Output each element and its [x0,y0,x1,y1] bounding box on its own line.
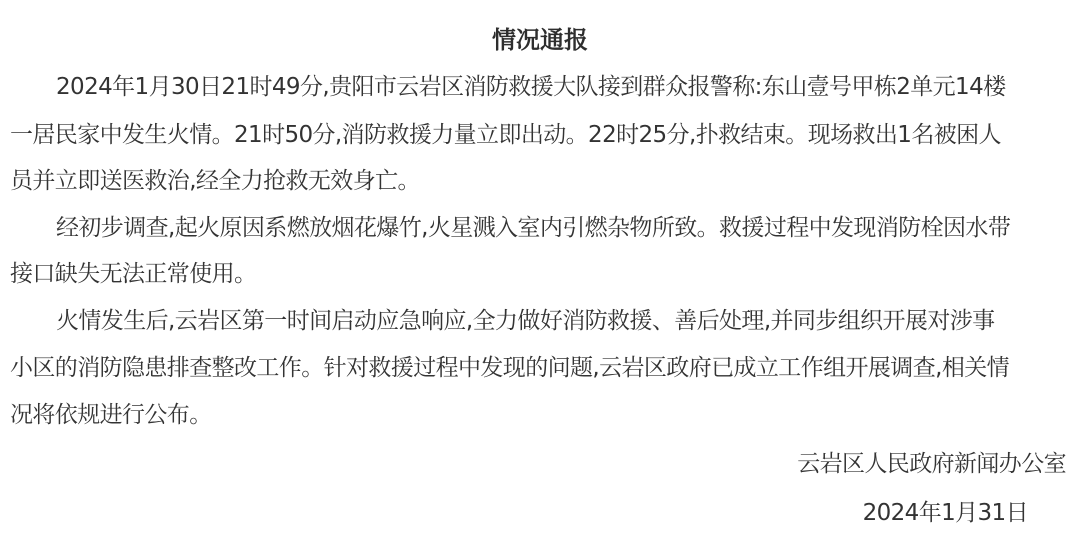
paragraph-line: 一居民家中发生火情。21时50分,消防救援力量立即出动。22时25分,扑救结束。… [10,118,1070,152]
paragraph-line: 经初步调查,起火原因系燃放烟花爆竹,火星溅入室内引燃杂物所致。救援过程中发现消防… [56,211,1080,245]
issuer-name: 云岩区人民政府新闻办公室 [797,447,1066,481]
paragraph-line: 况将依规进行公布。 [10,398,1070,432]
paragraph-line: 小区的消防隐患排查整改工作。针对救援过程中发现的问题,云岩区政府已成立工作组开展… [10,351,1070,385]
paragraph-line: 2024年1月30日21时49分,贵阳市云岩区消防救援大队接到群众报警称:东山壹… [56,70,1080,104]
paragraph-line: 接口缺失无法正常使用。 [10,257,1070,291]
document-title: 情况通报 [0,22,1080,58]
issue-date: 2024年1月31日 [863,496,1028,530]
paragraph-line: 火情发生后,云岩区第一时间启动应急响应,全力做好消防救援、善后处理,并同步组织开… [56,304,1080,338]
paragraph-line: 员并立即送医救治,经全力抢救无效身亡。 [10,164,1070,198]
